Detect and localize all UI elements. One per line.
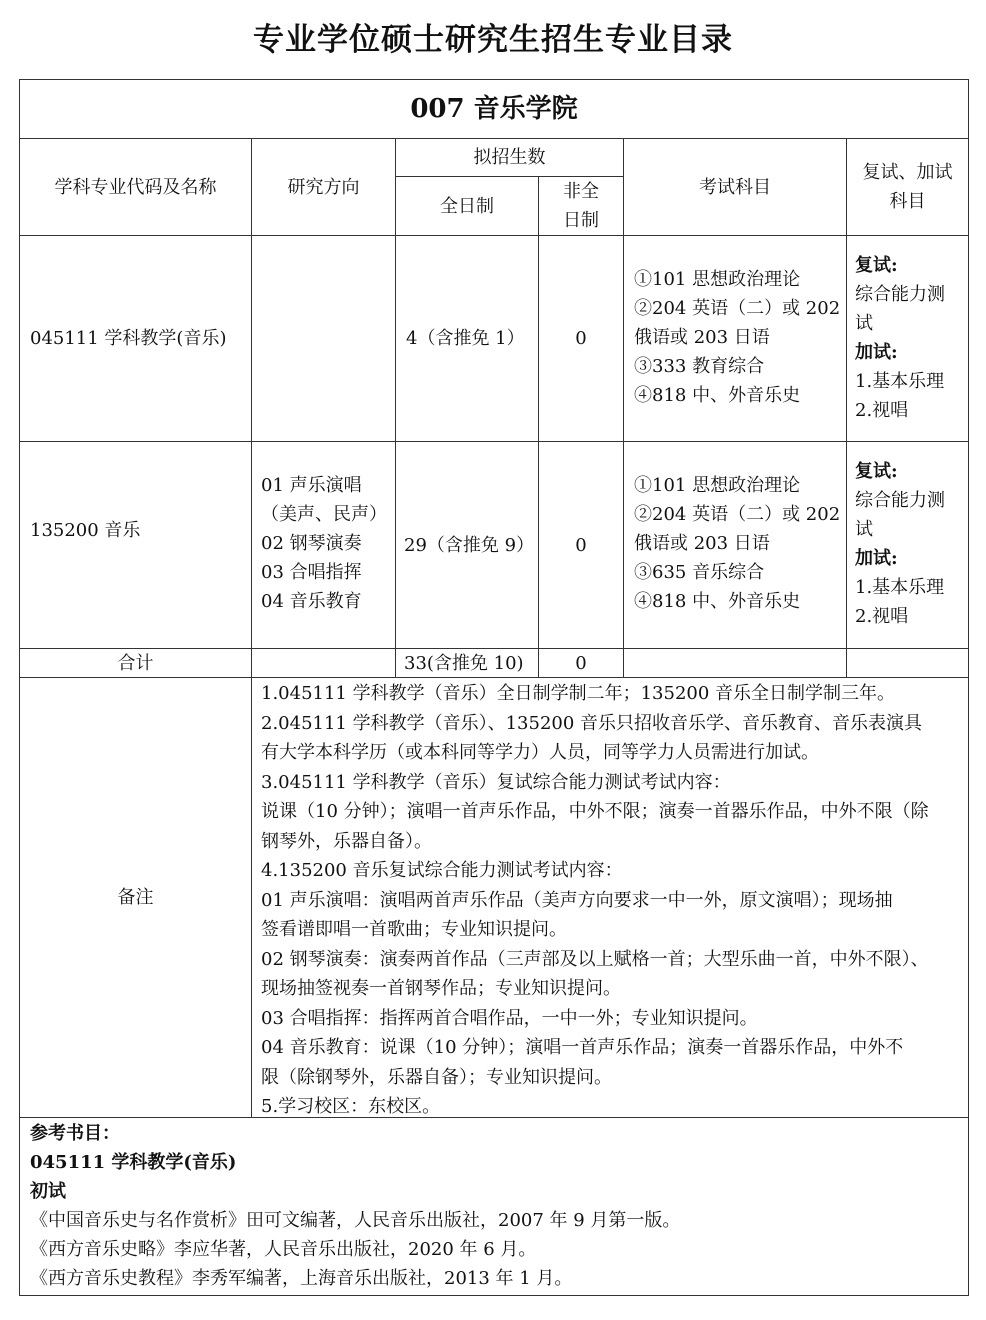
note-line: 4.135200 音乐复试综合能力测试考试内容：	[261, 856, 966, 886]
exam-subject: ①101 思想政治理论	[634, 471, 846, 500]
exam-subject: ①101 思想政治理论	[634, 265, 846, 294]
note-line: 现场抽签视奏一首钢琴作品；专业知识提问。	[261, 974, 966, 1004]
full-time-quota: 4（含推免 1）	[396, 236, 538, 441]
note-line: 签看谱即唱一首歌曲；专业知识提问。	[261, 915, 966, 945]
exam-subject: 俄语或 203 日语	[634, 529, 846, 558]
retest-item: 试	[855, 515, 967, 544]
total-part-time: 0	[539, 649, 623, 677]
retest-label: 复试:	[855, 457, 967, 486]
header-full-time: 全日制	[396, 177, 538, 235]
note-line: 04 音乐教育：说课（10 分钟）；演唱一首声乐作品；演奏一首器乐作品，中外不	[261, 1033, 966, 1063]
note-line: 3.045111 学科教学（音乐）复试综合能力测试考试内容：	[261, 768, 966, 798]
note-line: 03 合唱指挥：指挥两首合唱作品，一中一外；专业知识提问。	[261, 1004, 966, 1034]
notes-label: 备注	[20, 678, 251, 1117]
research-directions: 01 声乐演唱 （美声、民声） 02 钢琴演奏 03 合唱指挥 04 音乐教育	[261, 471, 395, 616]
direction-item: 03 合唱指挥	[261, 558, 395, 587]
table-border-bottom	[19, 1295, 969, 1296]
reference-book: 《西方音乐史教程》李秀军编著，上海音乐出版社，2013 年 1 月。	[30, 1264, 960, 1293]
exam-subject: ②204 英语（二）或 202	[634, 294, 846, 323]
exam-subject: ③333 教育综合	[634, 352, 846, 381]
full-time-quota: 29（含推免 9）	[396, 442, 538, 648]
extra-test-item: 1.基本乐理	[855, 573, 967, 602]
retest-subjects: 复试: 综合能力测 试 加试: 1.基本乐理 2.视唱	[855, 457, 967, 631]
exam-subjects: ①101 思想政治理论 ②204 英语（二）或 202 俄语或 203 日语 ③…	[634, 265, 846, 410]
note-line: 有大学本科学历（或本科同等学力）人员，同等学力人员需进行加试。	[261, 738, 966, 768]
header-part-time-line2: 日制	[563, 206, 599, 235]
notes-content: 1.045111 学科教学（音乐）全日制学制二年；135200 音乐全日制学制三…	[261, 679, 966, 1122]
note-line: 限（除钢琴外，乐器自备）；专业知识提问。	[261, 1063, 966, 1093]
retest-item: 综合能力测	[855, 486, 967, 515]
extra-test-label: 加试:	[855, 338, 967, 367]
header-retest-line2: 科目	[890, 187, 926, 216]
exam-subject: ③635 音乐综合	[634, 558, 846, 587]
note-line: 5.学习校区：东校区。	[261, 1092, 966, 1122]
header-part-time: 非全 日制	[539, 177, 623, 235]
department-title: 007 音乐学院	[19, 80, 969, 138]
references-stage: 初试	[30, 1177, 960, 1206]
exam-subjects: ①101 思想政治理论 ②204 英语（二）或 202 俄语或 203 日语 ③…	[634, 471, 846, 616]
header-retest: 复试、加试 科目	[847, 139, 968, 235]
retest-item: 试	[855, 309, 967, 338]
extra-test-label: 加试:	[855, 544, 967, 573]
note-line: 说课（10 分钟）；演唱一首声乐作品，中外不限；演奏一首器乐作品，中外不限（除	[261, 797, 966, 827]
extra-test-item: 1.基本乐理	[855, 367, 967, 396]
direction-item: 02 钢琴演奏	[261, 529, 395, 558]
note-line: 02 钢琴演奏：演奏两首作品（三声部及以上赋格一首；大型乐曲一首，中外不限）、	[261, 945, 966, 975]
header-enrollment: 拟招生数	[396, 139, 623, 176]
reference-book: 《西方音乐史略》李应华著，人民音乐出版社，2020 年 6 月。	[30, 1235, 960, 1264]
total-full-time: 33(含推免 10)	[396, 649, 538, 677]
exam-subject: ④818 中、外音乐史	[634, 587, 846, 616]
header-code-name: 学科专业代码及名称	[20, 139, 251, 235]
program-code-name: 045111 学科教学(音乐)	[20, 236, 251, 441]
header-exam-subjects: 考试科目	[624, 139, 846, 235]
table-border-right	[968, 79, 969, 1296]
part-time-quota: 0	[539, 442, 623, 648]
direction-item: （美声、民声）	[261, 500, 395, 529]
direction-item: 01 声乐演唱	[261, 471, 395, 500]
note-line: 1.045111 学科教学（音乐）全日制学制二年；135200 音乐全日制学制三…	[261, 679, 966, 709]
retest-subjects: 复试: 综合能力测 试 加试: 1.基本乐理 2.视唱	[855, 251, 967, 425]
references-heading: 参考书目：	[30, 1119, 960, 1148]
references-program: 045111 学科教学(音乐)	[30, 1148, 960, 1177]
reference-book: 《中国音乐史与名作赏析》田可文编著，人民音乐出版社，2007 年 9 月第一版。	[30, 1206, 960, 1235]
part-time-quota: 0	[539, 236, 623, 441]
header-part-time-line1: 非全	[563, 177, 599, 206]
retest-item: 综合能力测	[855, 280, 967, 309]
exam-subject: ②204 英语（二）或 202	[634, 500, 846, 529]
note-line: 2.045111 学科教学（音乐）、135200 音乐只招收音乐学、音乐教育、音…	[261, 709, 966, 739]
page-title: 专业学位硕士研究生招生专业目录	[0, 14, 986, 59]
note-line: 01 声乐演唱：演唱两首声乐作品（美声方向要求一中一外，原文演唱）；现场抽	[261, 886, 966, 916]
note-line: 钢琴外，乐器自备）。	[261, 827, 966, 857]
exam-subject: 俄语或 203 日语	[634, 323, 846, 352]
direction-item: 04 音乐教育	[261, 587, 395, 616]
research-direction	[252, 236, 395, 441]
references: 参考书目： 045111 学科教学(音乐) 初试 《中国音乐史与名作赏析》田可文…	[30, 1119, 960, 1293]
extra-test-item: 2.视唱	[855, 602, 967, 631]
header-retest-line1: 复试、加试	[863, 158, 953, 187]
rule	[251, 677, 252, 1118]
retest-label: 复试:	[855, 251, 967, 280]
program-code-name: 135200 音乐	[20, 442, 251, 618]
extra-test-item: 2.视唱	[855, 396, 967, 425]
exam-subject: ④818 中、外音乐史	[634, 381, 846, 410]
header-direction: 研究方向	[252, 139, 395, 235]
total-label: 合计	[20, 649, 251, 677]
